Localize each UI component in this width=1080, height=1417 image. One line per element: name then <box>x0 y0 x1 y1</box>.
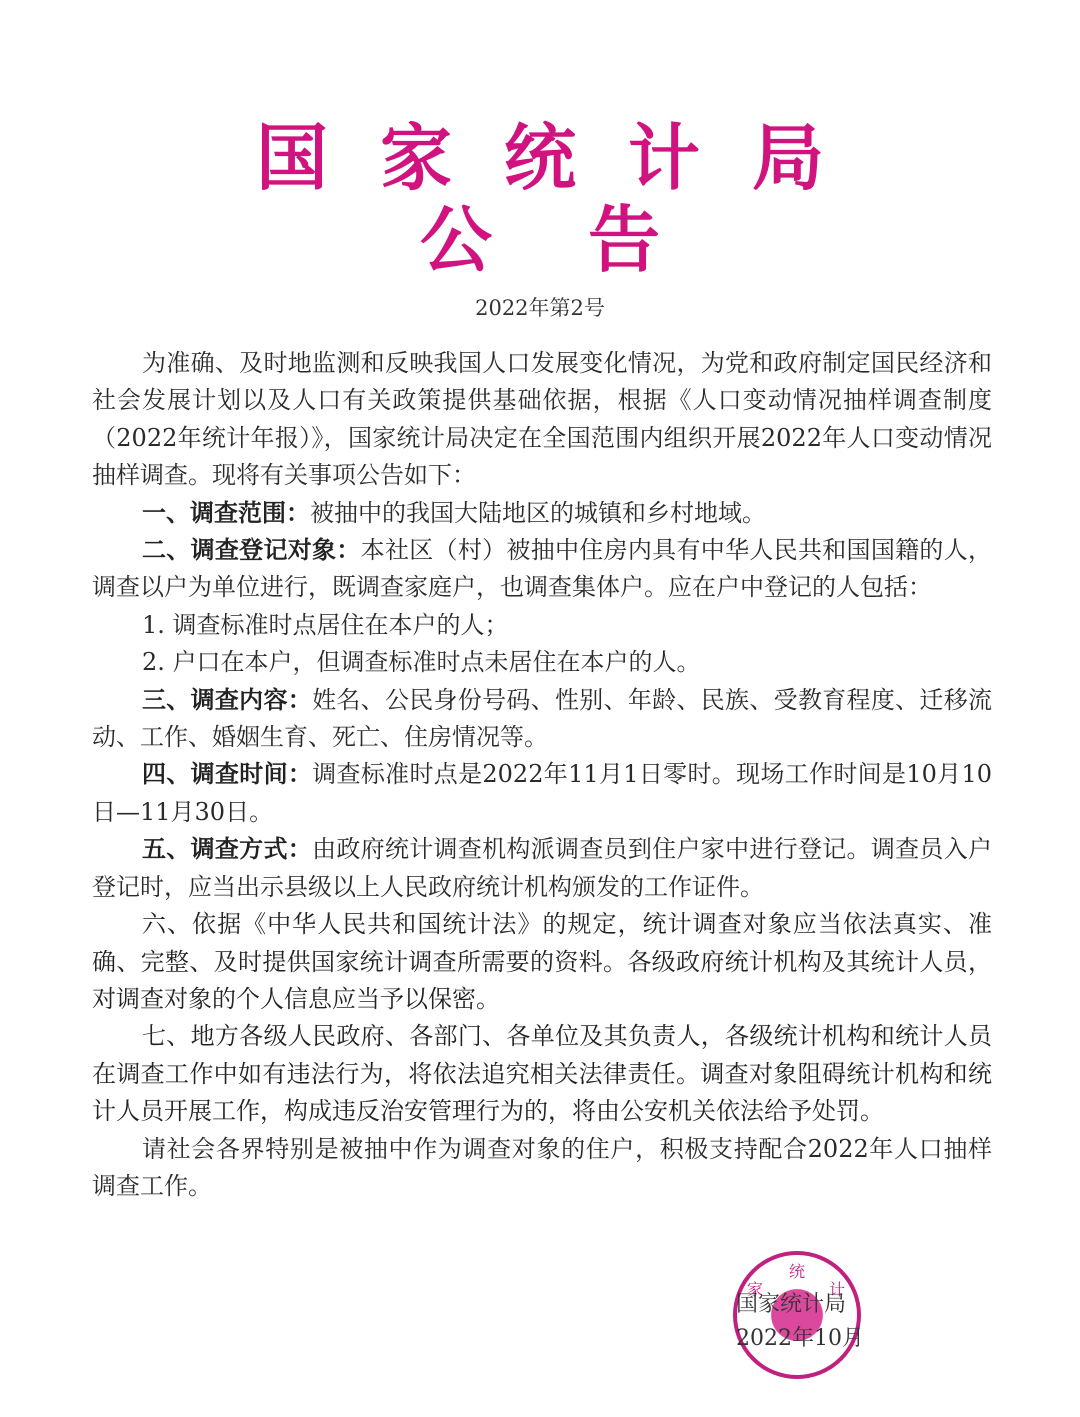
section-1: 一、调查范围：被抽中的我国大陆地区的城镇和乡村地域。 <box>92 495 992 532</box>
signature-date: 2022年10月 <box>736 1322 864 1356</box>
section-4: 四、调查时间：调查标准时点是2022年11月1日零时。现场工作时间是10月10日… <box>92 756 992 831</box>
section-6: 六、依据《中华人民共和国统计法》的规定，统计调查对象应当依法真实、准确、完整、及… <box>92 906 992 1018</box>
section-heading: 二、调查登记对象： <box>142 536 361 564</box>
section-3: 三、调查内容：姓名、公民身份号码、性别、年龄、民族、受教育程度、迁移流动、工作、… <box>92 682 992 757</box>
notice-body: 为准确、及时地监测和反映我国人口发展变化情况，为党和政府制定国民经济和社会发展计… <box>92 345 992 1205</box>
section-2: 二、调查登记对象：本社区（村）被抽中住房内具有中华人民共和国国籍的人，调查以户为… <box>92 532 992 607</box>
list-item-2: 2. 户口在本户，但调查标准时点未居住在本户的人。 <box>92 644 992 681</box>
seal-char-top: 统 <box>789 1259 805 1282</box>
section-5: 五、调查方式：由政府统计调查机构派调查员到住户家中进行登记。调查员入户登记时，应… <box>92 831 992 906</box>
section-heading: 一、调查范围： <box>142 499 310 527</box>
org-title: 国家统计局 <box>0 118 1080 198</box>
closing-paragraph: 请社会各界特别是被抽中作为调查对象的住户，积极支持配合2022年人口抽样调查工作… <box>92 1131 992 1206</box>
list-item-1: 1. 调查标准时点居住在本户的人； <box>92 607 992 644</box>
doc-type-title: 公告 <box>0 200 1080 280</box>
signature-block: 国家统计局 2022年10月 <box>736 1288 864 1356</box>
signature-org: 国家统计局 <box>736 1288 864 1322</box>
section-heading: 五、调查方式： <box>142 835 312 863</box>
section-text: 被抽中的我国大陆地区的城镇和乡村地域。 <box>310 499 766 527</box>
preamble: 为准确、及时地监测和反映我国人口发展变化情况，为党和政府制定国民经济和社会发展计… <box>92 345 992 495</box>
doc-number: 2022年第2号 <box>0 292 1080 322</box>
section-heading: 四、调查时间： <box>142 760 312 788</box>
section-heading: 三、调查内容： <box>142 686 312 714</box>
section-7: 七、地方各级人民政府、各部门、各单位及其负责人，各级统计机构和统计人员在调查工作… <box>92 1018 992 1130</box>
